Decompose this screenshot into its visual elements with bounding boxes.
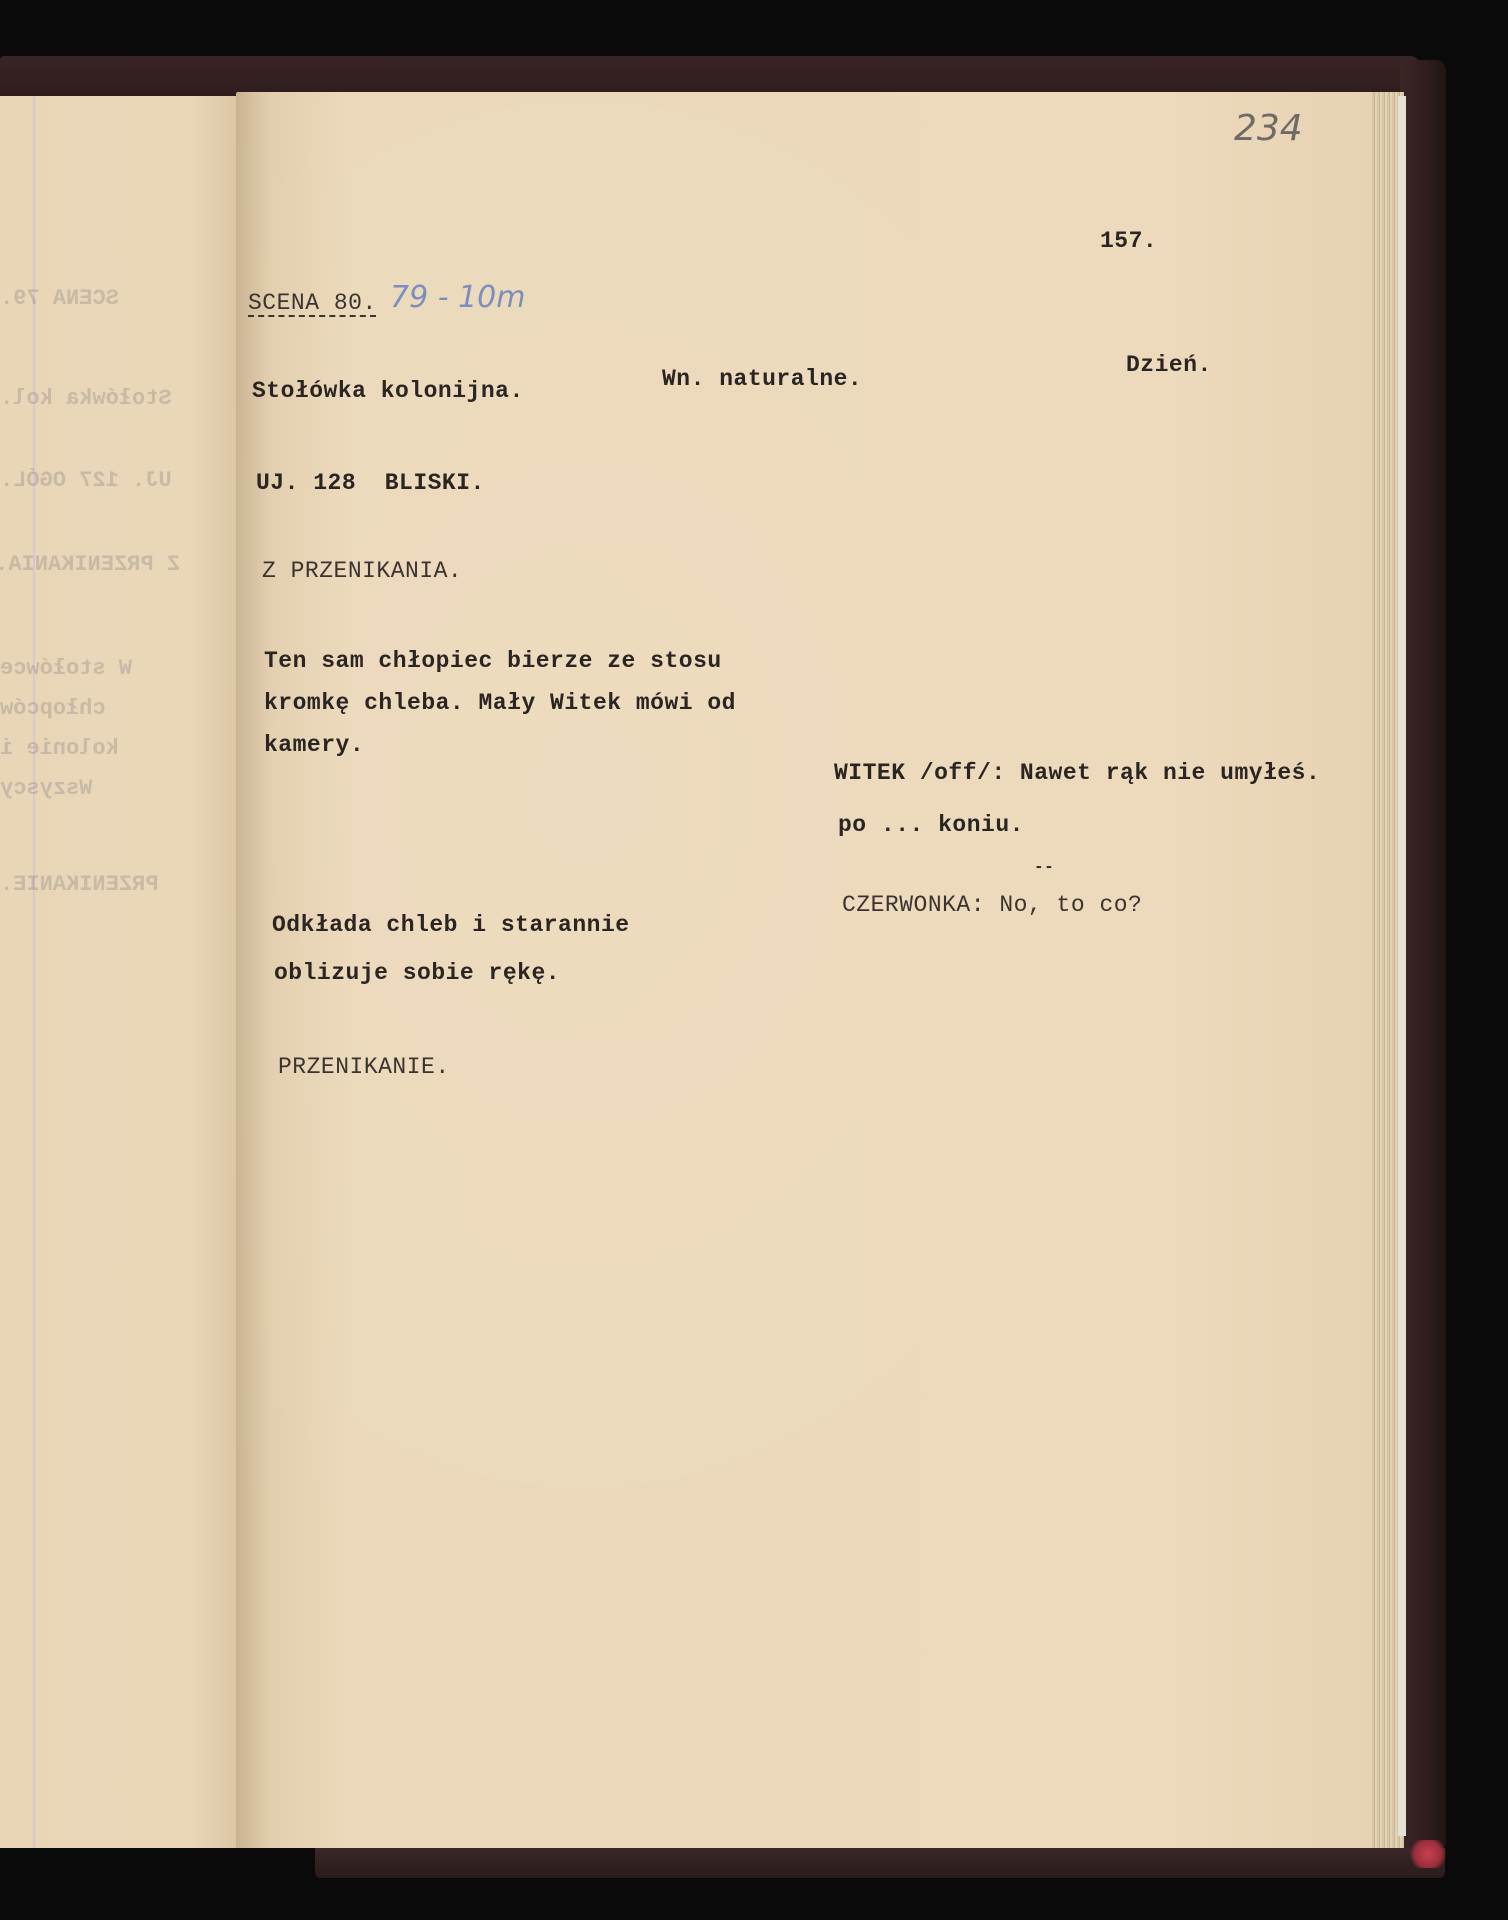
page-fore-edge-highlight [1398,96,1406,1836]
handwritten-page-number: 234 [1234,108,1303,149]
action-line: kromkę chleba. Mały Witek mówi od [264,690,736,716]
book-cover-right-edge [1400,60,1446,1850]
action-line: Ten sam chłopiec bierze ze stosu [264,648,722,674]
ghost-text-line: Wszyscy [0,776,180,801]
ghost-text-line: Z PRZENIKANIA. [0,552,180,577]
transition-out: PRZENIKANIE. [278,1054,450,1080]
left-page-margin-rule [33,96,35,1848]
ghost-text-line: Stołówka kol. [0,386,180,411]
dialogue-witek: WITEK /off/: Nawet rąk nie umyłeś. [834,760,1320,786]
ghost-text-line: chłopców [0,696,180,721]
action-line: Odkłada chleb i starannie [272,912,630,938]
scene-time-of-day: Dzień. [1126,352,1212,378]
ghost-text-line: W stołówce [0,656,180,681]
scene-number-correction: 79 - 10m [390,280,525,315]
left-page: SCENA 79. Stołówka kol. UJ. 127 OGÓL. Z … [0,96,268,1848]
scene-setting: Wn. naturalne. [662,366,862,392]
scene-location: Stołówka kolonijna. [252,378,524,404]
action-line: kamery. [264,732,364,758]
scene-heading: SCENA 80. [248,290,377,316]
ghost-text-line: UJ. 127 OGÓL. [0,468,180,493]
dialogue-witek-continuation: po ... koniu. [838,812,1024,838]
dialogue-czerwonka: CZERWONKA: No, to co? [842,892,1142,918]
book-cover-bottom-edge [315,1848,1445,1878]
cover-corner-wear [1408,1840,1448,1868]
ghost-text-line: SCENA 79. [0,286,180,311]
transition-in: Z PRZENIKANIA. [262,558,462,584]
typed-page-number: 157. [1100,228,1157,254]
ghost-text-line: kolonie i [0,736,180,761]
shot-description: UJ. 128 BLISKI. [256,470,485,496]
ghost-text-line: PRZENIKANIE. [0,872,180,897]
action-line: oblizuje sobie rękę. [274,960,560,986]
dialogue-separator: -- [1034,858,1054,876]
